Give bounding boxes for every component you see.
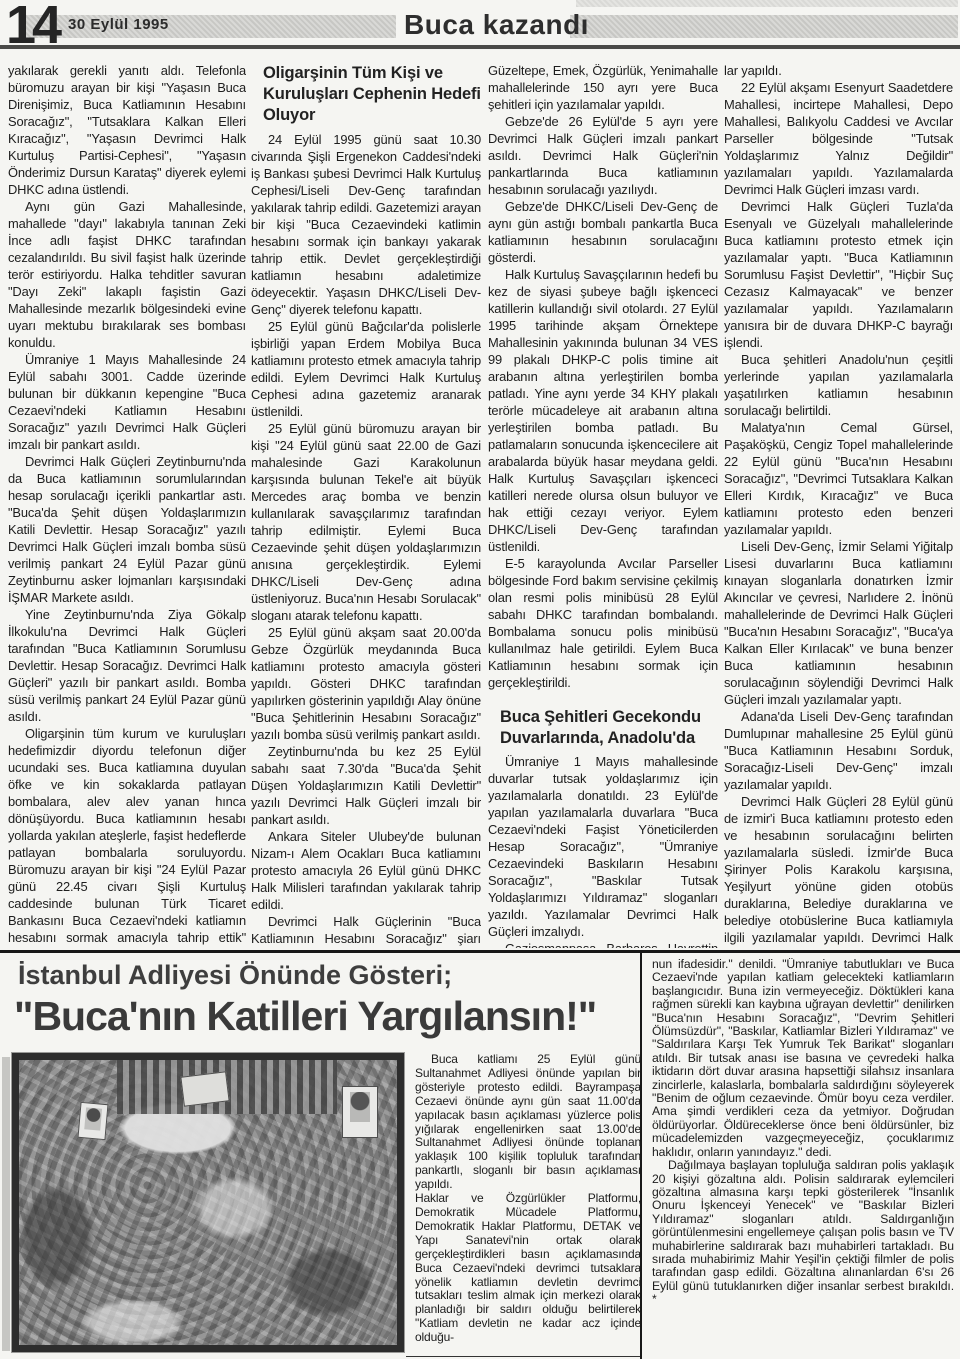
paragraph: Oligarşinin tüm kurum ve kuruluşları hed… [8, 725, 246, 948]
paragraph: Buca katliamı 25 Eylül günü Sultanahmet … [415, 1053, 641, 1192]
section-subheading: Buca Şehitleri Gecekondu Duvarlarında, A… [500, 707, 718, 749]
paragraph: Devrimci Halk Güçleri Zeytinburnu'nda da… [8, 453, 246, 606]
paragraph: Zeytinburnu'nda bu kez 25 Eylül sabahı s… [251, 743, 481, 828]
bottom-rule [406, 1356, 640, 1357]
paragraph: Devrimci Halk Güçlerinin "Buca Katliamın… [251, 913, 481, 948]
article-kicker: İstanbul Adliyesi Önünde Gösteri; [18, 960, 452, 991]
paragraph: Haklar ve Özgürlükler Platformu, Demokra… [415, 1192, 641, 1345]
paragraph: Gebze'de DHKC/Liseli Dev-Genç de aynı gü… [488, 198, 718, 266]
header-texture-bar-right [570, 15, 958, 38]
paragraph: Adana'da Liseli Dev-Genç tarafından Duml… [724, 708, 953, 793]
paragraph: 25 Eylül günü büromuzu arayan bir kişi "… [251, 420, 481, 624]
paragraph: Halk Kurtuluş Savaşçılarının hedefi bu k… [488, 266, 718, 555]
paragraph: 24 Eylül 1995 günü saat 10.30 civarında … [251, 131, 481, 318]
photo-margin-strip [2, 1057, 10, 1351]
paragraph: Yine Zeytinburnu'nda Ziya Gökalp İlkokul… [8, 606, 246, 725]
photo-banner [180, 1072, 229, 1107]
demonstration-photo [12, 1053, 404, 1352]
header-rule [0, 45, 960, 49]
paragraph: Malatya'nın Cemal Gürsel, Paşaköşkü, Cen… [724, 419, 953, 538]
photo-portrait-placard [78, 1102, 109, 1140]
paragraph: 22 Eylül akşamı Esenyurt Saadetdere Maha… [724, 79, 953, 198]
issue-date: 30 Eylül 1995 [68, 16, 169, 33]
header-texture-bar-top [576, 0, 958, 7]
top-article-column-3: Güzeltepe, Emek, Özgürlük, Yenimahalle m… [488, 62, 718, 948]
section-heading: Oligarşinin Tüm Kişi ve Kuruluşları Ceph… [263, 63, 481, 126]
paragraph: Gaziosmanpaşa Barbaros Hayrettin Paşa ve… [488, 940, 718, 948]
paragraph: Liseli Dev-Genç, İzmir Selami Yiğitalp L… [724, 538, 953, 708]
top-article-column-4: lar yapıldı. 22 Eylül akşamı Esenyurt Sa… [724, 62, 953, 948]
paragraph: Ümraniye 1 Mayıs mahallesinde duvarlar t… [488, 753, 718, 940]
paragraph: Aynı gün Gazi Mahallesinde, mahallede "d… [8, 198, 246, 351]
top-article-column-2: Oligarşinin Tüm Kişi ve Kuruluşları Ceph… [251, 62, 481, 948]
newspaper-page: 14 30 Eylül 1995 Buca kazandı yakılarak … [0, 0, 960, 1359]
paragraph: yakılarak gerekli yanıtı aldı. Telefonla… [8, 62, 246, 198]
paragraph: Buca şehitleri Anadolu'nun çeşitli yerle… [724, 351, 953, 419]
photo-portrait [85, 1107, 103, 1130]
paragraph: E-5 karayolunda Avcılar Parseller bölges… [488, 555, 718, 691]
paragraph: Güzeltepe, Emek, Özgürlük, Yenimahalle m… [488, 62, 718, 113]
paragraph: lar yapıldı. [724, 62, 953, 79]
paragraph: Ümraniye 1 Mayıs Mahallesinde 24 Eylül s… [8, 351, 246, 453]
section-divider-rule [0, 950, 960, 953]
paragraph: Dağılmaya başlayan topluluğa saldıran po… [652, 1159, 954, 1306]
paragraph: Ankara Siteler Ulubey'de bulunan Nizam-ı… [251, 828, 481, 913]
page-number: 14 [6, 0, 58, 56]
masthead-title: Buca kazandı [404, 9, 589, 41]
paragraph: nun ifadesidir." denildi. "Ümraniye tabu… [652, 958, 954, 1159]
article-headline: "Buca'nın Katilleri Yargılansın!" [14, 993, 639, 1040]
photo-portrait-placard [342, 1086, 378, 1138]
paragraph: Devrimci Halk Güçleri 28 Eylül günü de i… [724, 793, 953, 948]
photo-portrait [350, 1092, 370, 1122]
paragraph: 25 Eylül günü akşam saat 20.00'da Gebze … [251, 624, 481, 743]
top-article-column-1: yakılarak gerekli yanıtı aldı. Telefonla… [8, 62, 246, 948]
paragraph: Devrimci Halk Güçleri Tuzla'da Esenyalı … [724, 198, 953, 351]
paragraph: 25 Eylül günü Bağcılar'da polislerle işb… [251, 318, 481, 420]
paragraph: Gebze'de 26 Eylül'de 5 ayrı yere Devrimc… [488, 113, 718, 198]
bottom-article-column-right: nun ifadesidir." denildi. "Ümraniye tabu… [652, 958, 954, 1357]
bottom-article-column-mid: Buca katliamı 25 Eylül günü Sultanahmet … [415, 1053, 641, 1357]
